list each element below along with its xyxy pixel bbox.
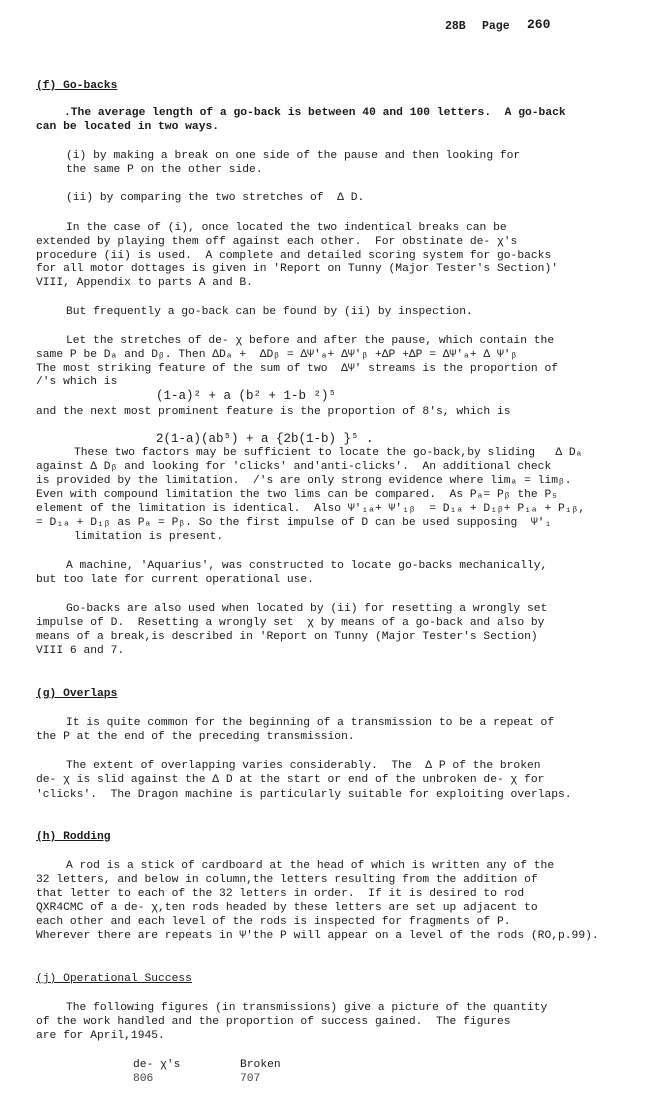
table-value-dechis: 806	[133, 1073, 153, 1087]
text-line: .The average length of a go-back is betw…	[64, 107, 566, 121]
text-line: procedure (ii) is used. A complete and d…	[36, 250, 551, 264]
text-line: It is quite common for the beginning of …	[66, 717, 554, 731]
text-line: In the case of (i), once located the two…	[66, 222, 507, 236]
text-line: each other and each level of the rods is…	[36, 916, 511, 930]
text-line: the same P on the other side.	[66, 164, 263, 178]
text-line: extended by playing them off against eac…	[36, 236, 517, 250]
text-line: against Δ Dᵦ and looking for 'clicks' an…	[36, 461, 551, 475]
text-line: are for April,1945.	[36, 1030, 165, 1044]
section-title: (h) Rodding	[36, 831, 111, 845]
text-line: = D₁ₐ + D₁ᵦ as Pₐ = Pᵦ. So the first imp…	[36, 517, 551, 531]
text-line: that letter to each of the 32 letters in…	[36, 888, 524, 902]
text-line: 'clicks'. The Dragon machine is particul…	[36, 789, 572, 803]
text-line: QXR4CMC of a de- χ,ten rods headed by th…	[36, 902, 538, 916]
text-line: limitation is present.	[74, 531, 223, 545]
text-line: The following figures (in transmissions)…	[66, 1002, 547, 1016]
text-line: impulse of D. Resetting a wrongly set χ …	[36, 617, 544, 631]
table-value-broken: 707	[240, 1073, 260, 1087]
text-line: but too late for current operational use…	[36, 574, 314, 588]
section-title: (f) Go-backs	[36, 80, 117, 94]
section-title: (j) Operational Success	[36, 973, 192, 987]
page-number: 260	[527, 18, 550, 32]
text-line: can be located in two ways.	[36, 121, 219, 135]
text-line: means of a break,is described in 'Report…	[36, 631, 538, 645]
text-line: is provided by the limitation. /'s are o…	[36, 475, 572, 489]
text-line: of the work handled and the proportion o…	[36, 1016, 511, 1030]
text-line: the P at the end of the preceding transm…	[36, 731, 355, 745]
table-header-broken: Broken	[240, 1059, 281, 1073]
text-line: and the next most prominent feature is t…	[36, 406, 511, 420]
text-line: for all motor dottages is given in 'Repo…	[36, 263, 558, 277]
text-line: But frequently a go-back can be found by…	[66, 306, 473, 320]
text-line: Let the stretches of de- χ before and af…	[66, 335, 554, 349]
text-line: element of the limitation is identical. …	[36, 503, 585, 517]
table-header-dechis: de- χ's	[133, 1059, 180, 1073]
text-line: same P be Dₐ and Dᵦ. Then ΔDₐ + ΔDᵦ = ΔΨ…	[36, 349, 517, 363]
text-line: VIII, Appendix to parts A and B.	[36, 277, 253, 291]
text-line: (i) by making a break on one side of the…	[66, 150, 520, 164]
doc-id: 28B	[445, 20, 466, 34]
text-line: The extent of overlapping varies conside…	[66, 760, 541, 774]
text-line: VIII 6 and 7.	[36, 645, 124, 659]
page-label: Page	[482, 20, 510, 34]
text-line: Go-backs are also used when located by (…	[66, 603, 547, 617]
text-line: (ii) by comparing the two stretches of Δ…	[66, 192, 364, 206]
text-line: 32 letters, and below in column,the lett…	[36, 874, 538, 888]
text-line: Wherever there are repeats in Ψ'the P wi…	[36, 930, 599, 944]
text-line: /'s which is	[36, 376, 117, 390]
text-line: de- χ is slid against the Δ D at the sta…	[36, 774, 544, 788]
text-line: A machine, 'Aquarius', was constructed t…	[66, 560, 547, 574]
formula-eights: 2(1-a)(ab⁵) + a {2b(1-b) }⁵ .	[156, 433, 374, 447]
formula-slashes: (1-a)² + a (b² + 1-b ²)⁵	[156, 390, 336, 404]
section-title: (g) Overlaps	[36, 688, 117, 702]
text-line: A rod is a stick of cardboard at the hea…	[66, 860, 554, 874]
text-line: The most striking feature of the sum of …	[36, 363, 558, 377]
text-line: Even with compound limitation the two li…	[36, 489, 558, 503]
text-line: These two factors may be sufficient to l…	[74, 447, 582, 461]
